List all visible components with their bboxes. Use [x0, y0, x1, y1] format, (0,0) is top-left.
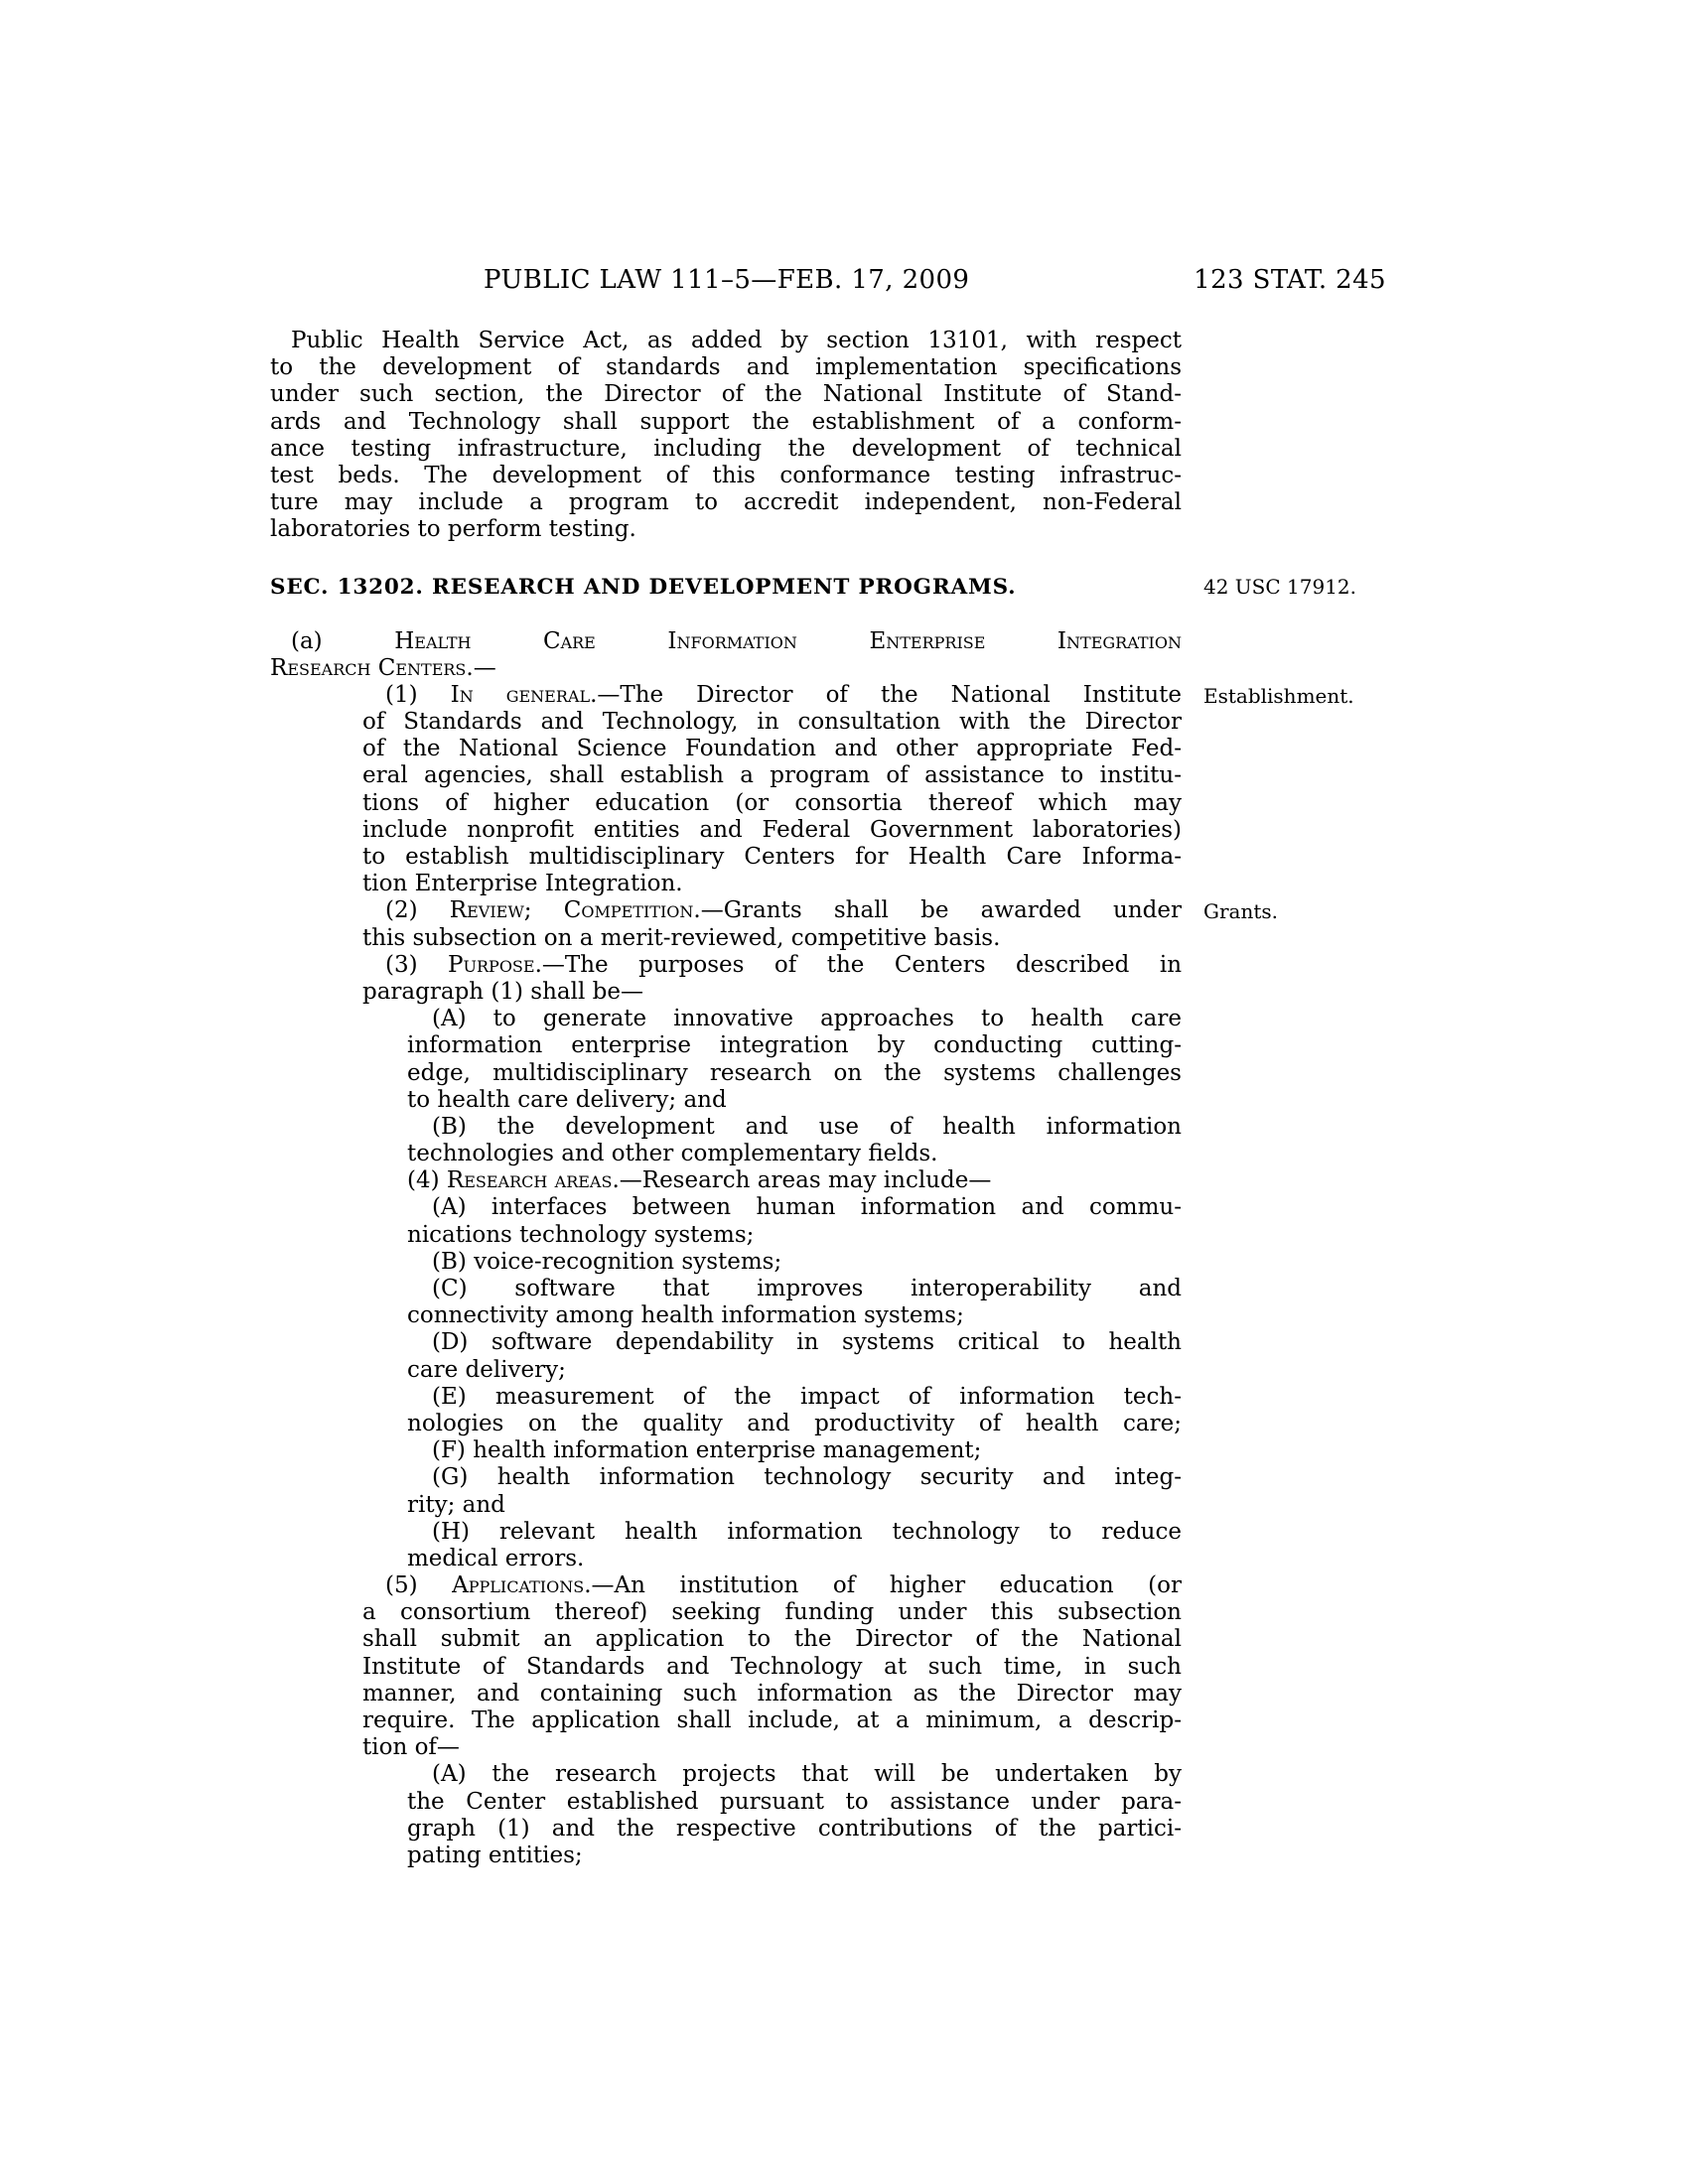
text-line: (B) voice-recognition systems; [432, 1249, 1182, 1276]
text-line: (1) In general.—The Director of the Nati… [385, 682, 1182, 709]
text-line: medical errors. [407, 1546, 1182, 1572]
text-segment: (B) the development and use of health in… [432, 1114, 1182, 1140]
text-segment: eral agencies, shall establish a program… [362, 762, 1182, 788]
text-segment: .—Grants shall be awarded under [693, 897, 1182, 923]
text-segment: information enterprise integration by co… [407, 1032, 1182, 1058]
text-segment: manner, and containing such information … [362, 1681, 1182, 1706]
text-segment: laboratories to perform testing. [270, 516, 636, 542]
text-line: shall submit an application to the Direc… [362, 1626, 1182, 1653]
text-segment: the Center established pursuant to assis… [407, 1789, 1182, 1815]
text-segment: ture may include a program to accredit i… [270, 489, 1182, 515]
text-segment: Public Health Service Act, as added by s… [291, 328, 1182, 353]
text-line: care delivery; [407, 1357, 1182, 1384]
text-segment: .—An institution of higher education (or [584, 1572, 1182, 1598]
text-segment: graph (1) and the respective contributio… [407, 1816, 1182, 1842]
text-segment: test beds. The development of this confo… [270, 463, 1182, 488]
text-segment: (4) [407, 1167, 447, 1193]
text-segment: to health care delivery; and [407, 1087, 727, 1113]
text-line: (4) Research areas.—Research areas may i… [407, 1167, 1182, 1194]
text-line: (B) the development and use of health in… [432, 1114, 1182, 1141]
text-column: Public Health Service Act, as added by s… [270, 328, 1182, 1869]
text-segment: tions of higher education (or consortia … [362, 790, 1182, 816]
text-line: Institute of Standards and Technology at… [362, 1654, 1182, 1681]
text-segment: (2) [385, 897, 450, 923]
text-line: require. The application shall include, … [362, 1707, 1182, 1734]
section-heading: SEC. 13202. RESEARCH AND DEVELOPMENT PRO… [270, 573, 1182, 603]
text-segment: .—The Director of the National Institute [590, 682, 1182, 708]
text-segment: (F) health information enterprise manage… [432, 1437, 981, 1463]
text-segment: (A) interfaces between human information… [432, 1194, 1182, 1220]
margin-note: Grants. [1203, 898, 1278, 924]
text-segment: (A) the research projects that will be u… [432, 1761, 1182, 1787]
text-line: nologies on the quality and productivity… [407, 1411, 1182, 1437]
text-line: ards and Technology shall support the es… [270, 409, 1182, 436]
text-line: Public Health Service Act, as added by s… [291, 328, 1182, 354]
text-segment: nologies on the quality and productivity… [407, 1411, 1182, 1436]
text-segment: paragraph (1) shall be— [362, 979, 643, 1005]
text-line: (F) health information enterprise manage… [432, 1437, 1182, 1464]
text-line: graph (1) and the respective contributio… [407, 1816, 1182, 1843]
text-segment: to establish multidisciplinary Centers f… [362, 844, 1182, 870]
text-line: Research Centers.— [270, 655, 1182, 682]
text-segment: of the National Science Foundation and o… [362, 736, 1182, 761]
text-segment: technologies and other complementary fie… [407, 1141, 937, 1166]
text-line: (C) software that improves interoperabil… [432, 1276, 1182, 1302]
text-segment: .— [466, 655, 495, 681]
text-segment: tion of— [362, 1734, 460, 1760]
text-line: test beds. The development of this confo… [270, 463, 1182, 489]
text-segment: shall submit an application to the Direc… [362, 1626, 1182, 1652]
text-segment: of Standards and Technology, in consulta… [362, 709, 1182, 735]
text-segment: .—The purposes of the Centers described … [535, 952, 1182, 978]
text-line: (E) measurement of the impact of informa… [432, 1384, 1182, 1411]
text-segment: to the development of standards and impl… [270, 354, 1182, 380]
text-line: the Center established pursuant to assis… [407, 1789, 1182, 1816]
text-line: (A) the research projects that will be u… [432, 1761, 1182, 1788]
small-caps-text: Applications [452, 1572, 584, 1598]
running-header-title: PUBLIC LAW 111–5—FEB. 17, 2009 [484, 264, 969, 296]
text-line: (5) Applications.—An institution of high… [385, 1572, 1182, 1599]
text-segment: (a) [291, 628, 394, 654]
small-caps-text: Health Care Information Enterprise Integ… [394, 628, 1182, 654]
text-segment: a consortium thereof) seeking funding un… [362, 1599, 1182, 1625]
text-line: (A) to generate innovative approaches to… [432, 1006, 1182, 1032]
text-segment: Institute of Standards and Technology at… [362, 1654, 1182, 1680]
text-line: tions of higher education (or consortia … [362, 790, 1182, 817]
text-segment: connectivity among health information sy… [407, 1302, 964, 1328]
stat-page-number: 123 STAT. 245 [1194, 264, 1386, 296]
text-line: (a) Health Care Information Enterprise I… [291, 628, 1182, 655]
text-segment: (C) software that improves interoperabil… [432, 1276, 1182, 1301]
text-line: (D) software dependability in systems cr… [432, 1329, 1182, 1356]
text-line: of Standards and Technology, in consulta… [362, 709, 1182, 736]
text-line: paragraph (1) shall be— [362, 979, 1182, 1006]
text-line: (A) interfaces between human information… [432, 1194, 1182, 1221]
text-segment: (E) measurement of the impact of informa… [432, 1384, 1182, 1410]
small-caps-text: Review; Competition [450, 897, 694, 923]
text-segment: pating entities; [407, 1843, 583, 1868]
text-segment: this subsection on a merit-reviewed, com… [362, 925, 1000, 951]
text-segment: (1) [385, 682, 451, 708]
small-caps-text: Purpose [448, 952, 535, 978]
text-line: tion of— [362, 1734, 1182, 1761]
text-segment: (H) relevant health information technolo… [432, 1519, 1182, 1545]
text-line: nications technology systems; [407, 1222, 1182, 1249]
text-segment: edge, multidisciplinary research on the … [407, 1060, 1182, 1086]
margin-note: Establishment. [1203, 683, 1354, 709]
text-segment: medical errors. [407, 1546, 584, 1571]
text-segment: (5) [385, 1572, 452, 1598]
text-segment: under such section, the Director of the … [270, 381, 1182, 407]
text-line: of the National Science Foundation and o… [362, 736, 1182, 762]
text-segment: nications technology systems; [407, 1222, 754, 1248]
text-segment: tion Enterprise Integration. [362, 871, 683, 896]
small-caps-text: In general [451, 682, 590, 708]
text-line: information enterprise integration by co… [407, 1032, 1182, 1059]
small-caps-text: Research Centers [270, 655, 466, 681]
text-line: tion Enterprise Integration. [362, 871, 1182, 897]
text-line: technologies and other complementary fie… [407, 1141, 1182, 1167]
margin-note: 42 USC 17912. [1203, 574, 1356, 600]
text-line: pating entities; [407, 1843, 1182, 1869]
text-line: rity; and [407, 1492, 1182, 1519]
text-segment: .—Research areas may include— [612, 1167, 991, 1193]
text-line: (G) health information technology securi… [432, 1464, 1182, 1491]
text-segment: care delivery; [407, 1357, 566, 1383]
text-line: eral agencies, shall establish a program… [362, 762, 1182, 789]
text-segment: ance testing infrastructure, including t… [270, 436, 1182, 462]
text-segment: include nonprofit entities and Federal G… [362, 817, 1182, 843]
text-segment: rity; and [407, 1492, 505, 1518]
text-segment: (A) to generate innovative approaches to… [432, 1006, 1182, 1031]
text-line: ance testing infrastructure, including t… [270, 436, 1182, 463]
text-line: (H) relevant health information technolo… [432, 1519, 1182, 1546]
text-line: this subsection on a merit-reviewed, com… [362, 925, 1182, 952]
text-line: connectivity among health information sy… [407, 1302, 1182, 1329]
text-line: a consortium thereof) seeking funding un… [362, 1599, 1182, 1626]
text-line: under such section, the Director of the … [270, 381, 1182, 408]
text-segment: (B) voice-recognition systems; [432, 1249, 781, 1275]
text-line: manner, and containing such information … [362, 1681, 1182, 1707]
text-segment: ards and Technology shall support the es… [270, 409, 1182, 435]
text-line: to establish multidisciplinary Centers f… [362, 844, 1182, 871]
text-line: ture may include a program to accredit i… [270, 489, 1182, 516]
statute-page: PUBLIC LAW 111–5—FEB. 17, 2009 123 STAT.… [0, 0, 1688, 2184]
text-line: to health care delivery; and [407, 1087, 1182, 1114]
text-line: to the development of standards and impl… [270, 354, 1182, 381]
text-line: edge, multidisciplinary research on the … [407, 1060, 1182, 1087]
text-line: include nonprofit entities and Federal G… [362, 817, 1182, 844]
text-line: laboratories to perform testing. [270, 516, 1182, 543]
text-segment: require. The application shall include, … [362, 1707, 1182, 1733]
small-caps-text: Research areas [447, 1167, 613, 1193]
text-segment: (G) health information technology securi… [432, 1464, 1182, 1490]
text-segment: (D) software dependability in systems cr… [432, 1329, 1182, 1355]
text-line: (2) Review; Competition.—Grants shall be… [385, 897, 1182, 924]
text-line: (3) Purpose.—The purposes of the Centers… [385, 952, 1182, 979]
text-segment: (3) [385, 952, 448, 978]
